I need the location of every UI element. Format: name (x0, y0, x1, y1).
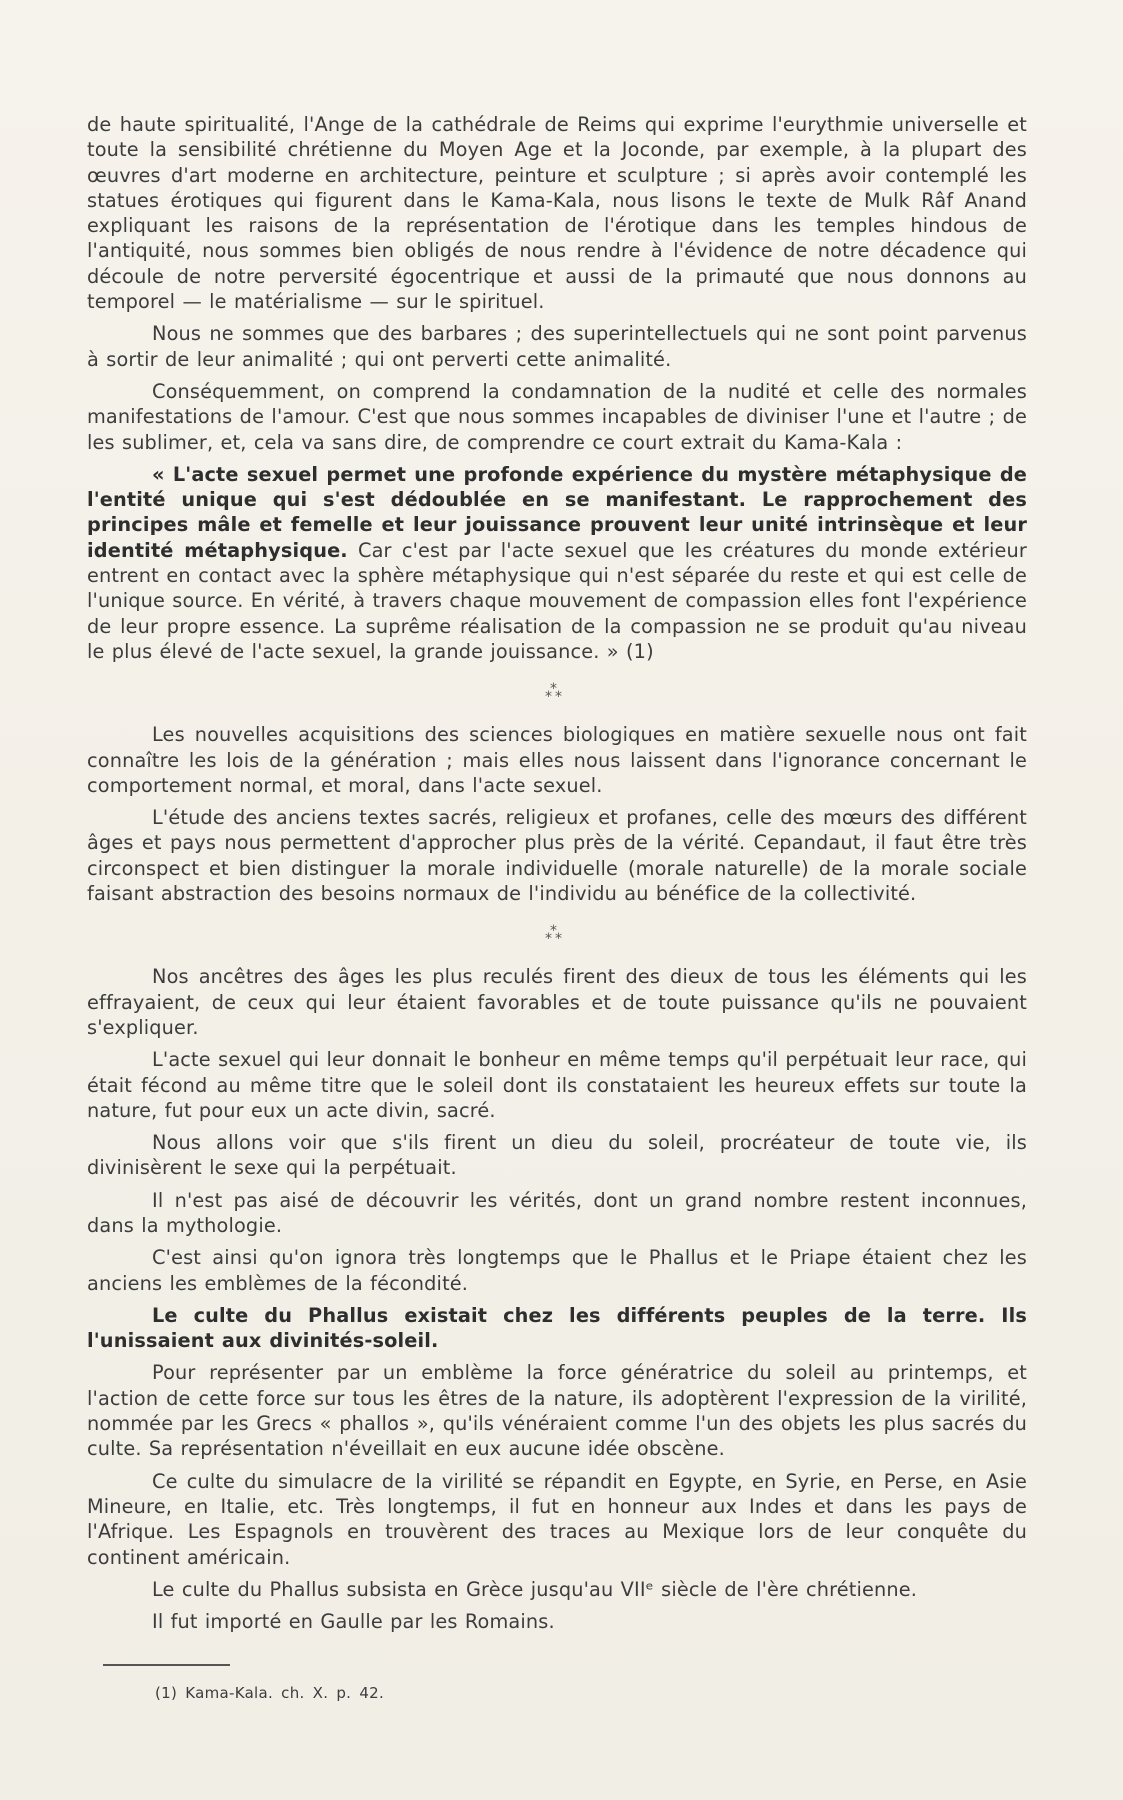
asterisk-icon: * (555, 690, 562, 704)
paragraph-14: Ce culte du simulacre de la virilité se … (87, 1469, 1027, 1570)
asterisk-icon: * (545, 932, 552, 946)
kama-kala-quote: « L'acte sexuel permet une profonde expé… (87, 462, 1027, 664)
page-body: de haute spiritualité, l'Ange de la cath… (87, 112, 1027, 1641)
paragraph-text: Pour représenter par un emblème la force… (87, 1361, 1027, 1460)
asterisk-icon: * (545, 690, 552, 704)
paragraph-5: Les nouvelles acquisitions des sciences … (87, 722, 1027, 798)
paragraph-text: Il n'est pas aisé de découvrir les vérit… (87, 1189, 1027, 1237)
footnote-divider (103, 1664, 230, 1666)
paragraph-text: Nos ancêtres des âges les plus reculés f… (87, 965, 1027, 1039)
footnote: (1) Kama-Kala. ch. X. p. 42. (155, 1683, 384, 1703)
paragraph-2: Nous ne sommes que des barbares ; des su… (87, 321, 1027, 372)
paragraph-16: Il fut importé en Gaulle par les Romains… (87, 1609, 1027, 1634)
paragraph-6: L'étude des anciens textes sacrés, relig… (87, 805, 1027, 906)
paragraph-text: Ce culte du simulacre de la virilité se … (87, 1470, 1027, 1569)
paragraph-13: Pour représenter par un emblème la force… (87, 1360, 1027, 1461)
paragraph-text: de haute spiritualité, l'Ange de la cath… (87, 113, 1027, 313)
paragraph-9: Nous allons voir que s'ils firent un die… (87, 1130, 1027, 1181)
paragraph-8: L'acte sexuel qui leur donnait le bonheu… (87, 1047, 1027, 1123)
paragraph-1: de haute spiritualité, l'Ange de la cath… (87, 112, 1027, 314)
paragraph-text: Nous ne sommes que des barbares ; des su… (87, 322, 1027, 370)
asterisk-icon: * (555, 932, 562, 946)
phallus-cult-heading: Le culte du Phallus existait chez les di… (87, 1303, 1027, 1354)
asterism-separator-2: * * * (87, 922, 1027, 946)
asterism-separator-1: * * * (87, 680, 1027, 704)
paragraph-text: C'est ainsi qu'on ignora très longtemps … (87, 1246, 1027, 1294)
paragraph-text: L'étude des anciens textes sacrés, relig… (87, 806, 1027, 905)
paragraph-text: L'acte sexuel qui leur donnait le bonheu… (87, 1048, 1027, 1122)
paragraph-text: Conséquemment, on comprend la condamnati… (87, 380, 1027, 454)
paragraph-text: Les nouvelles acquisitions des sciences … (87, 723, 1027, 797)
paragraph-3: Conséquemment, on comprend la condamnati… (87, 379, 1027, 455)
paragraph-11: C'est ainsi qu'on ignora très longtemps … (87, 1245, 1027, 1296)
paragraph-7: Nos ancêtres des âges les plus reculés f… (87, 964, 1027, 1040)
paragraph-15: Le culte du Phallus subsista en Grèce ju… (87, 1577, 1027, 1602)
paragraph-text: Le culte du Phallus subsista en Grèce ju… (152, 1578, 917, 1601)
paragraph-10: Il n'est pas aisé de découvrir les vérit… (87, 1188, 1027, 1239)
paragraph-text: Nous allons voir que s'ils firent un die… (87, 1131, 1027, 1179)
paragraph-text: Il fut importé en Gaulle par les Romains… (152, 1610, 555, 1633)
bold-statement: Le culte du Phallus existait chez les di… (87, 1304, 1027, 1352)
